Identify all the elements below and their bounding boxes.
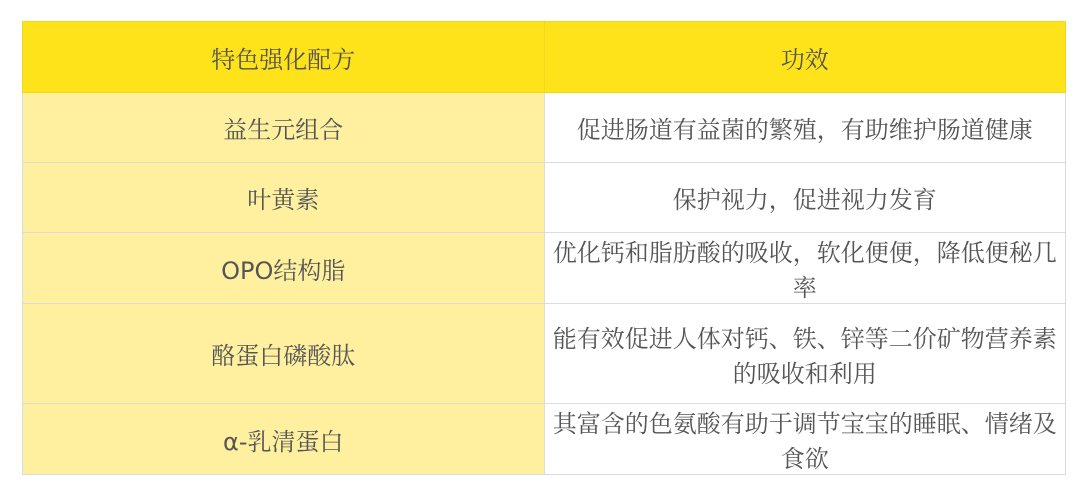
formula-effect: 促进肠道有益菌的繁殖，有助维护肠道健康 [544,93,1066,163]
table-row: OPO结构脂 优化钙和脂肪酸的吸收，软化便便，降低便秘几率 [23,233,1066,304]
formula-effect: 优化钙和脂肪酸的吸收，软化便便，降低便秘几率 [544,233,1066,304]
formula-name: 益生元组合 [23,93,545,163]
formula-effect: 其富含的色氨酸有助于调节宝宝的睡眠、情绪及食欲 [544,404,1066,475]
table-row: 益生元组合 促进肠道有益菌的繁殖，有助维护肠道健康 [23,93,1066,163]
table-row: 叶黄素 保护视力，促进视力发育 [23,163,1066,233]
formula-name: OPO结构脂 [23,233,545,304]
formula-effects-table: 特色强化配方 功效 益生元组合 促进肠道有益菌的繁殖，有助维护肠道健康 叶黄素 … [22,21,1066,475]
table-header-row: 特色强化配方 功效 [23,22,1066,93]
header-formula: 特色强化配方 [23,22,545,93]
formula-name: 叶黄素 [23,163,545,233]
header-effect: 功效 [544,22,1066,93]
formula-effect: 保护视力，促进视力发育 [544,163,1066,233]
table-row: 酪蛋白磷酸肽 能有效促进人体对钙、铁、锌等二价矿物营养素的吸收和利用 [23,304,1066,404]
formula-name: 酪蛋白磷酸肽 [23,304,545,404]
table-row: α-乳清蛋白 其富含的色氨酸有助于调节宝宝的睡眠、情绪及食欲 [23,404,1066,475]
formula-effect: 能有效促进人体对钙、铁、锌等二价矿物营养素的吸收和利用 [544,304,1066,404]
formula-name: α-乳清蛋白 [23,404,545,475]
